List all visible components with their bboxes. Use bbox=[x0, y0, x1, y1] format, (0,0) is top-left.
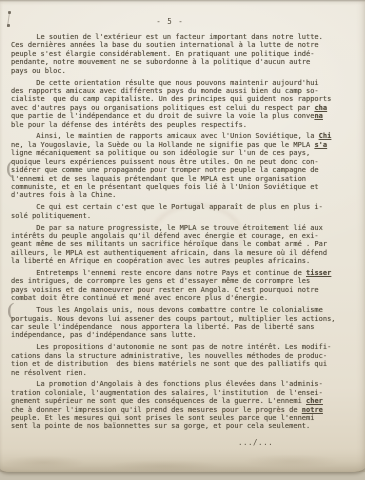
text-segment: che à donner l'impression qu'il prend de… bbox=[11, 406, 302, 414]
text-line: ne résolvent rien. bbox=[11, 369, 359, 377]
text-line: ble pour la défense des intérêts des peu… bbox=[11, 121, 359, 129]
text-line: indépendance, pas d'indépendance sans lu… bbox=[11, 331, 359, 339]
text-line: quoique leurs expériences puissent nous … bbox=[11, 158, 359, 166]
text-segment: intérêts du peuple angolais qu'il défend… bbox=[11, 232, 319, 240]
text-segment: cations dans la structure administrative… bbox=[11, 352, 327, 360]
text-line: la liberté en Afrique en coopération ave… bbox=[11, 257, 359, 265]
paragraph: De par sa nature progressiste, le MPLA s… bbox=[11, 224, 359, 266]
text-line: des rapports amicaux avec différents pay… bbox=[11, 87, 359, 95]
text-segment: l'ennemi et de ses laquais prétendant qu… bbox=[11, 175, 306, 183]
paragraph: Tous les Angolais unis, nous devons comb… bbox=[11, 306, 359, 340]
text-segment: La promotion d'Angolais à des fonctions … bbox=[11, 380, 323, 388]
text-segment: ne résolvent rien. bbox=[11, 369, 87, 377]
text-line: ailleurs, le MPLA est authentiquement af… bbox=[11, 249, 359, 257]
text-segment: la liberté en Afrique en coopération ave… bbox=[11, 257, 310, 265]
text-line: Ainsi, le maintien de rapports amicaux a… bbox=[11, 132, 359, 140]
text-segment: que partie de l'indépendance et du droit… bbox=[11, 112, 314, 120]
text-line: que partie de l'indépendance et du droit… bbox=[11, 112, 359, 120]
text-segment: Ces dernières années la base du soutien … bbox=[11, 41, 319, 49]
text-segment: car seule l'indépendance nous apportera … bbox=[11, 323, 314, 331]
text-segment: pays ou bloc. bbox=[11, 67, 66, 75]
scanned-document-page: ( ( - 5 - Le soutien de l'extérieur est … bbox=[0, 0, 365, 480]
text-segment: indépendance, pas d'indépendance sans lu… bbox=[11, 331, 196, 339]
text-line: Les propositions d'autonomie ne sont pas… bbox=[11, 343, 359, 351]
text-segment: combat doit être continué et mené avec e… bbox=[11, 294, 268, 302]
text-line: peuple. Et les mesures qui sont prises l… bbox=[11, 414, 359, 422]
text-segment: ailleurs, le MPLA est authentiquement af… bbox=[11, 249, 327, 257]
text-segment: portugais. Nous devons lui assener des c… bbox=[11, 315, 336, 323]
paragraph: Le soutien de l'extérieur est un facteur… bbox=[11, 33, 359, 75]
text-line: l'ennemi et de ses laquais prétendant qu… bbox=[11, 175, 359, 183]
scan-top-edge bbox=[0, 0, 365, 2]
text-segment: Ce qui est certain c'est que le Portugal… bbox=[11, 203, 323, 211]
text-segment: quoique leurs expériences puissent nous … bbox=[11, 158, 319, 166]
text-segment: Le soutien de l'extérieur est un facteur… bbox=[11, 33, 323, 41]
text-segment: pendante, notre mouvement ne se subordon… bbox=[11, 58, 310, 66]
paragraph: Ainsi, le maintien de rapports amicaux a… bbox=[11, 132, 359, 199]
continuation-mark: .../... bbox=[238, 438, 273, 447]
underlined-text: Chi bbox=[319, 132, 332, 140]
underlined-text: cha bbox=[314, 104, 327, 112]
text-line: d'autres fois à la Chine. bbox=[11, 191, 359, 199]
text-line: Ces dernières années la base du soutien … bbox=[11, 41, 359, 49]
text-line: geant même de ses militants un sacrifice… bbox=[11, 240, 359, 248]
text-segment: Entretemps l'ennemi reste encore dans no… bbox=[11, 269, 306, 277]
paragraph: Les propositions d'autonomie ne sont pas… bbox=[11, 343, 359, 377]
text-segment: des intrigues, de corrompre les gens et … bbox=[11, 277, 310, 285]
text-segment: tion et de distribution des biens matéri… bbox=[11, 360, 327, 368]
text-segment: des rapports amicaux avec différents pay… bbox=[11, 87, 319, 95]
paragraph: La promotion d'Angolais à des fonctions … bbox=[11, 380, 359, 430]
text-segment: peuple s'est élargie considérablement. E… bbox=[11, 50, 314, 58]
text-line: De par sa nature progressiste, le MPLA s… bbox=[11, 224, 359, 232]
underlined-text: na bbox=[314, 112, 322, 120]
paragraph: De cette orientation résulte que nous po… bbox=[11, 79, 359, 129]
text-segment: Tous les Angolais unis, nous devons comb… bbox=[11, 306, 323, 314]
page-number: - 5 - bbox=[0, 17, 340, 26]
text-line: pendante, notre mouvement ne se subordon… bbox=[11, 58, 359, 66]
text-line: Ce qui est certain c'est que le Portugal… bbox=[11, 203, 359, 211]
underlined-text: s'a bbox=[314, 141, 327, 149]
underlined-text: notre bbox=[302, 406, 323, 414]
text-segment: ble pour la défense des intérêts des peu… bbox=[11, 121, 247, 129]
ink-dot bbox=[8, 11, 11, 14]
text-line: gnement supérieur ne sont que des conséq… bbox=[11, 397, 359, 405]
text-line: Tous les Angolais unis, nous devons comb… bbox=[11, 306, 359, 314]
text-segment: avec d'autres pays ou organisations poli… bbox=[11, 104, 314, 112]
paragraph: Entretemps l'ennemi reste encore dans no… bbox=[11, 269, 359, 303]
text-line: che à donner l'impression qu'il prend de… bbox=[11, 406, 359, 414]
text-line: sidérer que comme une propagande pour tr… bbox=[11, 166, 359, 174]
text-line: avec d'autres pays ou organisations poli… bbox=[11, 104, 359, 112]
text-line: sent la pointe de nos baïonnettes sur sa… bbox=[11, 422, 359, 430]
text-segment: sidérer que comme une propagande pour tr… bbox=[11, 166, 319, 174]
text-segment: communiste, et en le présentant quelques… bbox=[11, 183, 319, 191]
text-segment: ligne mécaniquement sa politique ou son … bbox=[11, 149, 310, 157]
text-line: des intrigues, de corrompre les gens et … bbox=[11, 277, 359, 285]
text-line: pays ou bloc. bbox=[11, 67, 359, 75]
underlined-text: tisser bbox=[306, 269, 331, 277]
text-segment: pays voisins et de manoeuvrer pour reste… bbox=[11, 286, 319, 294]
text-segment: Les propositions d'autonomie ne sont pas… bbox=[11, 343, 331, 351]
text-line: cations dans la structure administrative… bbox=[11, 352, 359, 360]
paper-sheet: ( ( - 5 - Le soutien de l'extérieur est … bbox=[0, 0, 365, 472]
text-segment: sent la pointe de nos baïonnettes sur sa… bbox=[11, 422, 310, 430]
text-segment: cialiste que du camp capitaliste. Un des… bbox=[11, 95, 331, 103]
text-segment: Ainsi, le maintien de rapports amicaux a… bbox=[11, 132, 319, 140]
text-line: ligne mécaniquement sa politique ou son … bbox=[11, 149, 359, 157]
text-line: peuple s'est élargie considérablement. E… bbox=[11, 50, 359, 58]
underlined-text: cher bbox=[306, 397, 323, 405]
text-line: portugais. Nous devons lui assener des c… bbox=[11, 315, 359, 323]
text-line: La promotion d'Angolais à des fonctions … bbox=[11, 380, 359, 388]
text-line: solé politiquement. bbox=[11, 212, 359, 220]
document-body: Le soutien de l'extérieur est un facteur… bbox=[11, 33, 359, 434]
text-segment: d'autres fois à la Chine. bbox=[11, 191, 116, 199]
text-segment: gnement supérieur ne sont que des conséq… bbox=[11, 397, 306, 405]
bottom-crease-shadow bbox=[0, 448, 365, 472]
text-line: combat doit être continué et mené avec e… bbox=[11, 294, 359, 302]
text-segment: De par sa nature progressiste, le MPLA s… bbox=[11, 224, 323, 232]
text-segment: De cette orientation résulte que nous po… bbox=[11, 79, 319, 87]
text-line: tration coloniale, l'augmentation des sa… bbox=[11, 389, 359, 397]
text-line: cialiste que du camp capitaliste. Un des… bbox=[11, 95, 359, 103]
text-segment: ne, la Yougoslavie, la Suède ou la Holla… bbox=[11, 141, 314, 149]
text-line: De cette orientation résulte que nous po… bbox=[11, 79, 359, 87]
text-segment: peuple. Et les mesures qui sont prises l… bbox=[11, 414, 314, 422]
paragraph: Ce qui est certain c'est que le Portugal… bbox=[11, 203, 359, 220]
text-segment: geant même de ses militants un sacrifice… bbox=[11, 240, 327, 248]
text-segment: tration coloniale, l'augmentation des sa… bbox=[11, 389, 323, 397]
text-line: tion et de distribution des biens matéri… bbox=[11, 360, 359, 368]
text-segment: solé politiquement. bbox=[11, 212, 91, 220]
